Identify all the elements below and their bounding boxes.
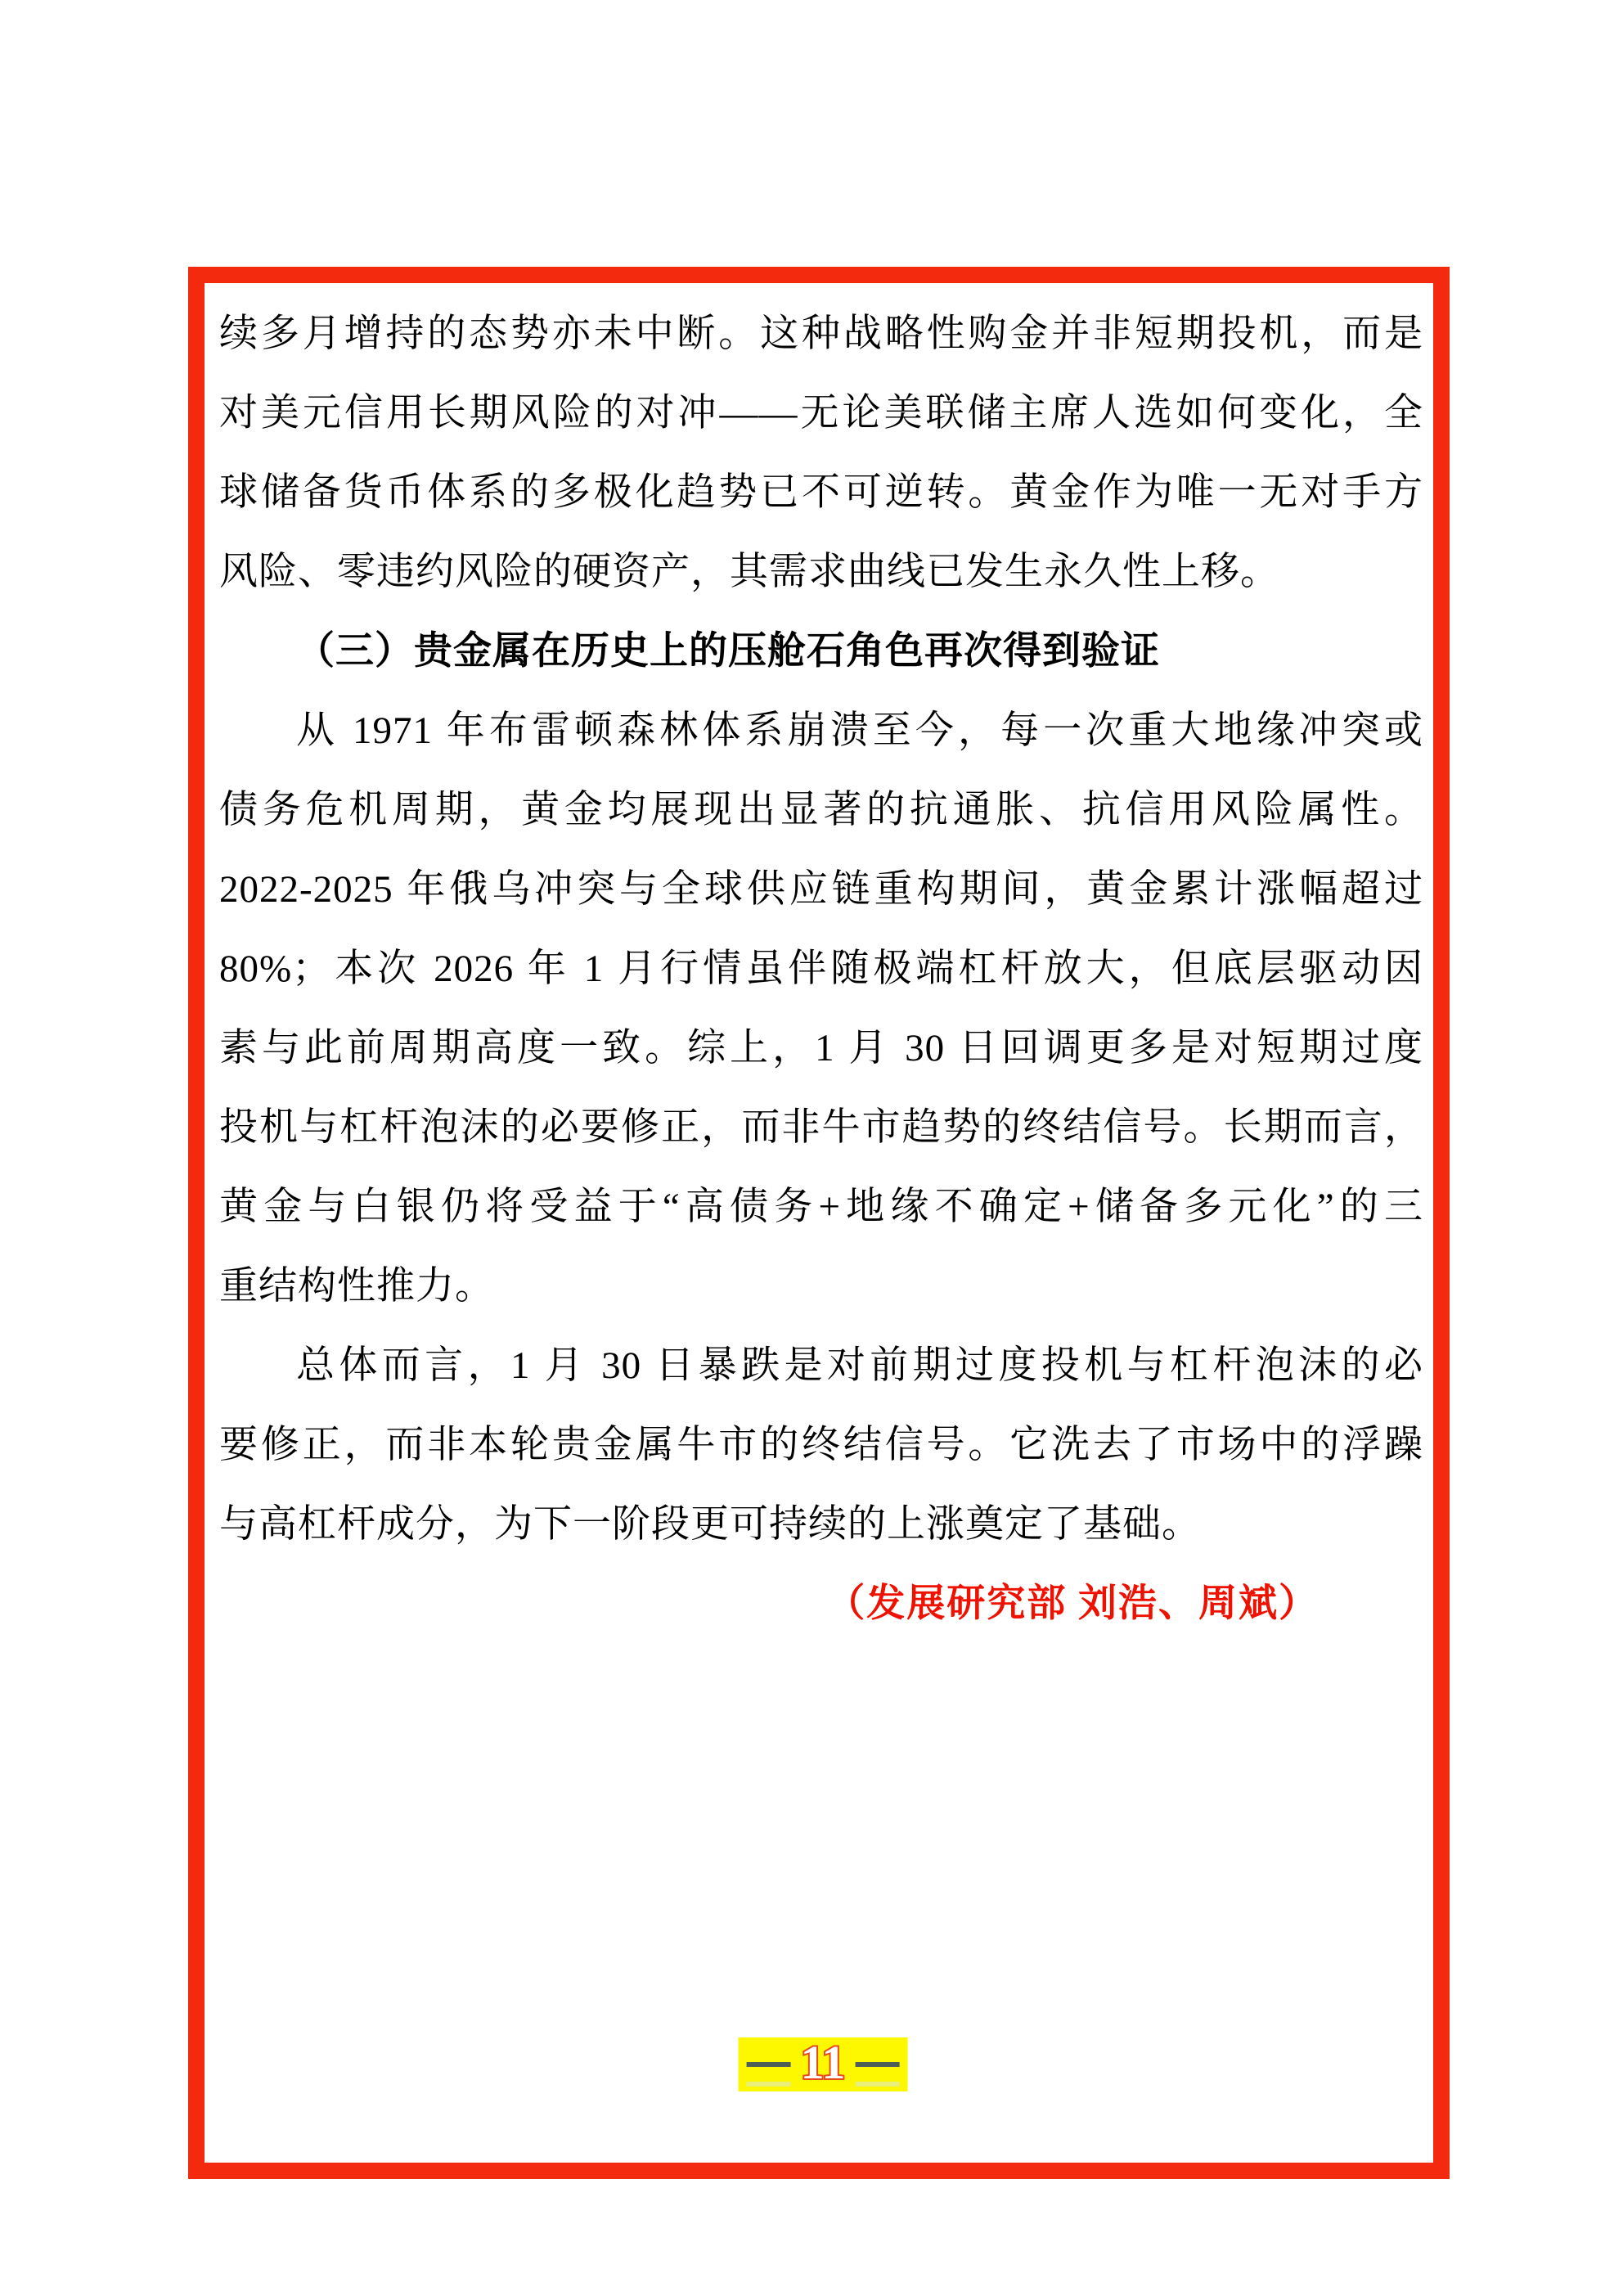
body-line: 总体而言，1 月 30 日暴跌是对前期过度投机与杠杆泡沫的必 bbox=[219, 1326, 1423, 1406]
body-line: 投机与杠杆泡沫的必要修正，而非牛市趋势的终结信号。长期而言， bbox=[219, 1088, 1423, 1168]
signature-line: （发展研究部 刘浩、周斌） bbox=[219, 1564, 1423, 1644]
body-line: 素与此前周期高度一致。综上，1 月 30 日回调更多是对短期过度 bbox=[219, 1009, 1423, 1088]
body-line: 风险、零违约风险的硬资产，其需求曲线已发生永久性上移。 bbox=[219, 533, 1423, 612]
body-line: 2022-2025 年俄乌冲突与全球供应链重构期间，黄金累计涨幅超过 bbox=[219, 850, 1423, 930]
footer-dash-left bbox=[747, 2062, 791, 2067]
body-line: 80%；本次 2026 年 1 月行情虽伴随极端杠杆放大，但底层驱动因 bbox=[219, 930, 1423, 1009]
page-footer: 11 bbox=[739, 2037, 908, 2091]
document-page: 续多月增持的态势亦未中断。这种战略性购金并非短期投机，而是对美元信用长期风险的对… bbox=[0, 0, 1623, 2296]
footer-dash-right bbox=[855, 2062, 899, 2067]
body-line: 对美元信用长期风险的对冲——无论美联储主席人选如何变化，全 bbox=[219, 374, 1423, 453]
body-line: 债务危机周期，黄金均展现出显著的抗通胀、抗信用风险属性。 bbox=[219, 771, 1423, 850]
body-line: 要修正，而非本轮贵金属牛市的终结信号。它洗去了市场中的浮躁 bbox=[219, 1406, 1423, 1485]
body-line: 与高杠杆成分，为下一阶段更可持续的上涨奠定了基础。 bbox=[219, 1485, 1423, 1564]
body-line: 从 1971 年布雷顿森林体系崩溃至今，每一次重大地缘冲突或 bbox=[219, 691, 1423, 771]
body-text: 续多月增持的态势亦未中断。这种战略性购金并非短期投机，而是对美元信用长期风险的对… bbox=[219, 295, 1423, 1644]
body-line: 黄金与白银仍将受益于“高债务+地缘不确定+储备多元化”的三 bbox=[219, 1168, 1423, 1247]
body-line: 续多月增持的态势亦未中断。这种战略性购金并非短期投机，而是 bbox=[219, 295, 1423, 374]
body-line: 球储备货币体系的多极化趋势已不可逆转。黄金作为唯一无对手方 bbox=[219, 453, 1423, 533]
red-page-border: 续多月增持的态势亦未中断。这种战略性购金并非短期投机，而是对美元信用长期风险的对… bbox=[188, 267, 1450, 2179]
page-number: 11 bbox=[801, 2039, 846, 2087]
body-line: 重结构性推力。 bbox=[219, 1247, 1423, 1326]
section-heading: （三）贵金属在历史上的压舱石角色再次得到验证 bbox=[219, 612, 1423, 691]
